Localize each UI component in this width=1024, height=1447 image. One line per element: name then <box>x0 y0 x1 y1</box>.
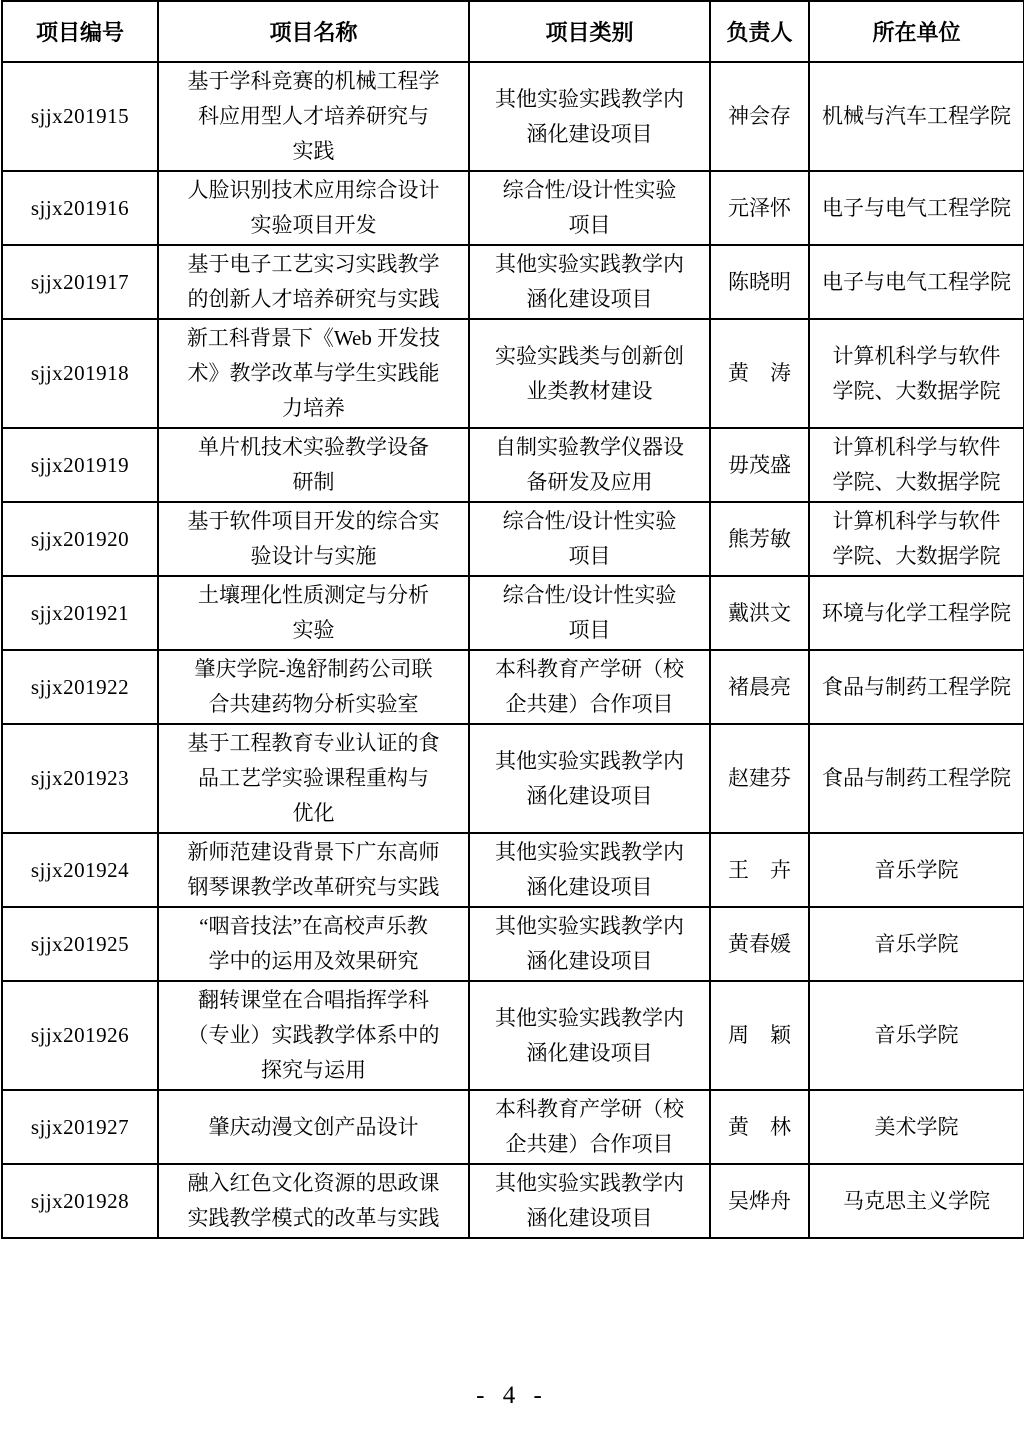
table-row: sjjx201915基于学科竞赛的机械工程学 科应用型人才培养研究与 实践其他实… <box>2 62 1024 171</box>
cell-name: 土壤理化性质测定与分析 实验 <box>158 576 469 650</box>
cell-name: 基于工程教育专业认证的食 品工艺学实验课程重构与 优化 <box>158 724 469 833</box>
cell-category: 其他实验实践教学内 涵化建设项目 <box>469 724 710 833</box>
cell-id: sjjx201918 <box>2 319 158 428</box>
header-cell-name: 项目名称 <box>158 1 469 62</box>
table-row: sjjx201926翻转课堂在合唱指挥学科 （专业）实践教学体系中的 探究与运用… <box>2 981 1024 1090</box>
cell-id: sjjx201928 <box>2 1164 158 1238</box>
cell-category: 其他实验实践教学内 涵化建设项目 <box>469 833 710 907</box>
projects-table: 项目编号项目名称项目类别负责人所在单位 sjjx201915基于学科竞赛的机械工… <box>1 0 1024 1239</box>
cell-category: 其他实验实践教学内 涵化建设项目 <box>469 62 710 171</box>
header-cell-unit: 所在单位 <box>809 1 1024 62</box>
cell-name: 新师范建设背景下广东高师 钢琴课教学改革研究与实践 <box>158 833 469 907</box>
table-row: sjjx201918新工科背景下《Web 开发技 术》教学改革与学生实践能 力培… <box>2 319 1024 428</box>
table-row: sjjx201922肇庆学院-逸舒制药公司联 合共建药物分析实验室本科教育产学研… <box>2 650 1024 724</box>
page-number: - 4 - <box>0 1382 1024 1410</box>
header-cell-category: 项目类别 <box>469 1 710 62</box>
cell-unit: 音乐学院 <box>809 981 1024 1090</box>
cell-name: 单片机技术实验教学设备 研制 <box>158 428 469 502</box>
cell-unit: 马克思主义学院 <box>809 1164 1024 1238</box>
cell-category: 其他实验实践教学内 涵化建设项目 <box>469 245 710 319</box>
cell-unit: 环境与化学工程学院 <box>809 576 1024 650</box>
cell-id: sjjx201923 <box>2 724 158 833</box>
cell-category: 综合性/设计性实验 项目 <box>469 502 710 576</box>
cell-unit: 计算机科学与软件 学院、大数据学院 <box>809 428 1024 502</box>
cell-leader: 褚晨亮 <box>710 650 809 724</box>
cell-name: 人脸识别技术应用综合设计 实验项目开发 <box>158 171 469 245</box>
header-cell-id: 项目编号 <box>2 1 158 62</box>
cell-unit: 计算机科学与软件 学院、大数据学院 <box>809 319 1024 428</box>
cell-id: sjjx201926 <box>2 981 158 1090</box>
cell-id: sjjx201921 <box>2 576 158 650</box>
table-row: sjjx201919单片机技术实验教学设备 研制自制实验教学仪器设 备研发及应用… <box>2 428 1024 502</box>
cell-name: 基于电子工艺实习实践教学 的创新人才培养研究与实践 <box>158 245 469 319</box>
table-row: sjjx201927肇庆动漫文创产品设计本科教育产学研（校 企共建）合作项目黄 … <box>2 1090 1024 1164</box>
cell-unit: 美术学院 <box>809 1090 1024 1164</box>
cell-id: sjjx201924 <box>2 833 158 907</box>
cell-category: 综合性/设计性实验 项目 <box>469 171 710 245</box>
cell-category: 实验实践类与创新创 业类教材建设 <box>469 319 710 428</box>
cell-id: sjjx201920 <box>2 502 158 576</box>
cell-category: 本科教育产学研（校 企共建）合作项目 <box>469 1090 710 1164</box>
cell-unit: 食品与制药工程学院 <box>809 724 1024 833</box>
table-header-row: 项目编号项目名称项目类别负责人所在单位 <box>2 1 1024 62</box>
cell-name: 翻转课堂在合唱指挥学科 （专业）实践教学体系中的 探究与运用 <box>158 981 469 1090</box>
cell-name: 基于软件项目开发的综合实 验设计与实施 <box>158 502 469 576</box>
cell-id: sjjx201925 <box>2 907 158 981</box>
table-row: sjjx201925“咽音技法”在高校声乐教 学中的运用及效果研究其他实验实践教… <box>2 907 1024 981</box>
cell-id: sjjx201927 <box>2 1090 158 1164</box>
cell-unit: 音乐学院 <box>809 907 1024 981</box>
cell-unit: 食品与制药工程学院 <box>809 650 1024 724</box>
cell-id: sjjx201919 <box>2 428 158 502</box>
cell-leader: 周 颖 <box>710 981 809 1090</box>
table-row: sjjx201921土壤理化性质测定与分析 实验综合性/设计性实验 项目戴洪文环… <box>2 576 1024 650</box>
cell-leader: 黄春媛 <box>710 907 809 981</box>
table-row: sjjx201928融入红色文化资源的思政课 实践教学模式的改革与实践其他实验实… <box>2 1164 1024 1238</box>
header-cell-leader: 负责人 <box>710 1 809 62</box>
cell-unit: 电子与电气工程学院 <box>809 245 1024 319</box>
cell-leader: 王 卉 <box>710 833 809 907</box>
cell-leader: 神会存 <box>710 62 809 171</box>
cell-name: 肇庆学院-逸舒制药公司联 合共建药物分析实验室 <box>158 650 469 724</box>
cell-leader: 陈晓明 <box>710 245 809 319</box>
cell-leader: 戴洪文 <box>710 576 809 650</box>
cell-category: 本科教育产学研（校 企共建）合作项目 <box>469 650 710 724</box>
cell-leader: 赵建芬 <box>710 724 809 833</box>
table-row: sjjx201920基于软件项目开发的综合实 验设计与实施综合性/设计性实验 项… <box>2 502 1024 576</box>
cell-leader: 吴烨舟 <box>710 1164 809 1238</box>
cell-unit: 机械与汽车工程学院 <box>809 62 1024 171</box>
cell-unit: 音乐学院 <box>809 833 1024 907</box>
cell-leader: 毋茂盛 <box>710 428 809 502</box>
cell-leader: 元泽怀 <box>710 171 809 245</box>
cell-name: 新工科背景下《Web 开发技 术》教学改革与学生实践能 力培养 <box>158 319 469 428</box>
cell-category: 其他实验实践教学内 涵化建设项目 <box>469 907 710 981</box>
table-row: sjjx201917基于电子工艺实习实践教学 的创新人才培养研究与实践其他实验实… <box>2 245 1024 319</box>
document-page: 项目编号项目名称项目类别负责人所在单位 sjjx201915基于学科竞赛的机械工… <box>0 0 1024 1447</box>
table-row: sjjx201916人脸识别技术应用综合设计 实验项目开发综合性/设计性实验 项… <box>2 171 1024 245</box>
cell-name: “咽音技法”在高校声乐教 学中的运用及效果研究 <box>158 907 469 981</box>
cell-id: sjjx201917 <box>2 245 158 319</box>
cell-id: sjjx201922 <box>2 650 158 724</box>
table-row: sjjx201923基于工程教育专业认证的食 品工艺学实验课程重构与 优化其他实… <box>2 724 1024 833</box>
cell-leader: 黄 林 <box>710 1090 809 1164</box>
cell-category: 其他实验实践教学内 涵化建设项目 <box>469 981 710 1090</box>
cell-name: 肇庆动漫文创产品设计 <box>158 1090 469 1164</box>
cell-name: 融入红色文化资源的思政课 实践教学模式的改革与实践 <box>158 1164 469 1238</box>
cell-leader: 熊芳敏 <box>710 502 809 576</box>
cell-category: 自制实验教学仪器设 备研发及应用 <box>469 428 710 502</box>
cell-category: 综合性/设计性实验 项目 <box>469 576 710 650</box>
cell-name: 基于学科竞赛的机械工程学 科应用型人才培养研究与 实践 <box>158 62 469 171</box>
table-row: sjjx201924新师范建设背景下广东高师 钢琴课教学改革研究与实践其他实验实… <box>2 833 1024 907</box>
cell-id: sjjx201916 <box>2 171 158 245</box>
cell-leader: 黄 涛 <box>710 319 809 428</box>
cell-unit: 电子与电气工程学院 <box>809 171 1024 245</box>
cell-unit: 计算机科学与软件 学院、大数据学院 <box>809 502 1024 576</box>
cell-id: sjjx201915 <box>2 62 158 171</box>
cell-category: 其他实验实践教学内 涵化建设项目 <box>469 1164 710 1238</box>
